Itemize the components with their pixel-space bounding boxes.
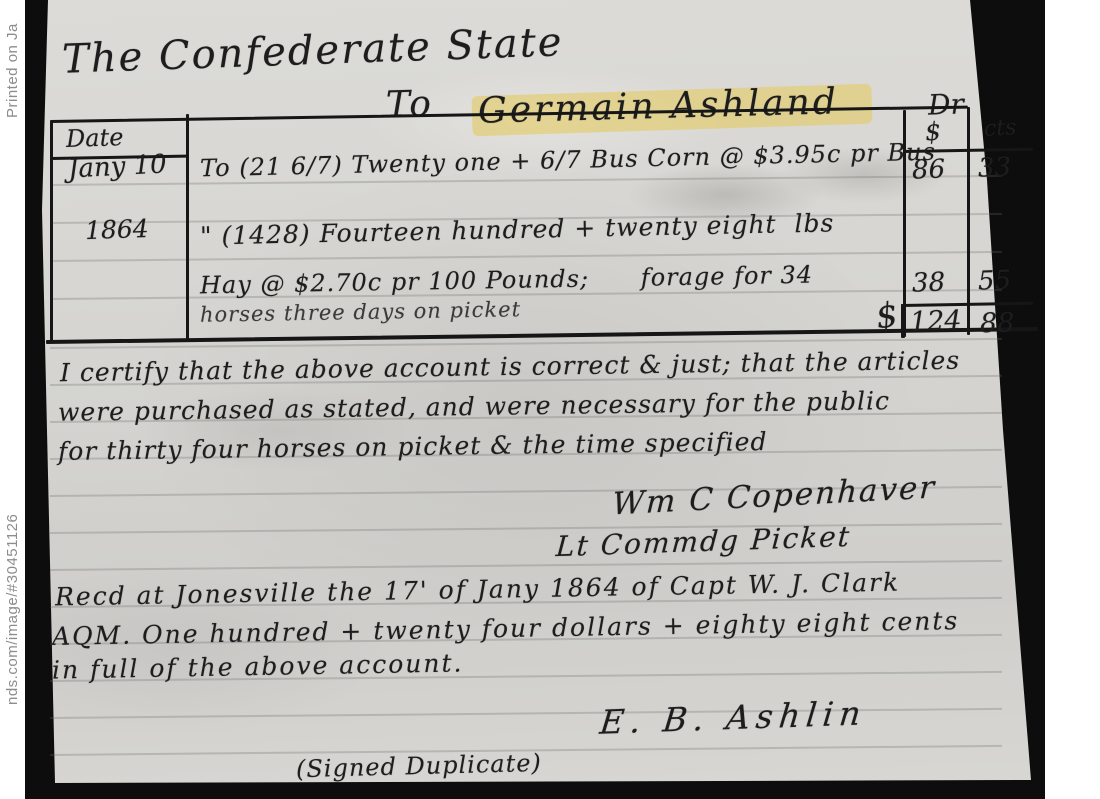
- cents-column-divider: [967, 107, 970, 335]
- table-left-border: [50, 122, 53, 342]
- amount-cents-hay: 55: [977, 265, 1011, 296]
- entry-year: 1864: [85, 214, 150, 245]
- amount-dollars-hay: 38: [911, 267, 945, 298]
- entry-date: Jany 10: [67, 149, 167, 184]
- total-cents: 88: [980, 308, 1015, 340]
- amount-cents-corn: 33: [977, 152, 1011, 183]
- watermark-printed-on: Printed on Ja: [4, 23, 21, 118]
- total-dollars: 124: [909, 305, 962, 338]
- scanned-document-page: { "watermark": { "top_fragment": "Printe…: [0, 0, 1100, 799]
- amount-dollars-corn: 86: [911, 154, 945, 185]
- date-column-header: Date: [66, 123, 124, 153]
- cents-column-header: cts: [983, 115, 1017, 142]
- watermark-image-url: nds.com/image/#30451126: [4, 514, 21, 705]
- total-box-left-stroke: [901, 304, 905, 338]
- date-column-divider: [186, 114, 189, 342]
- payee-to-label: To: [385, 83, 433, 125]
